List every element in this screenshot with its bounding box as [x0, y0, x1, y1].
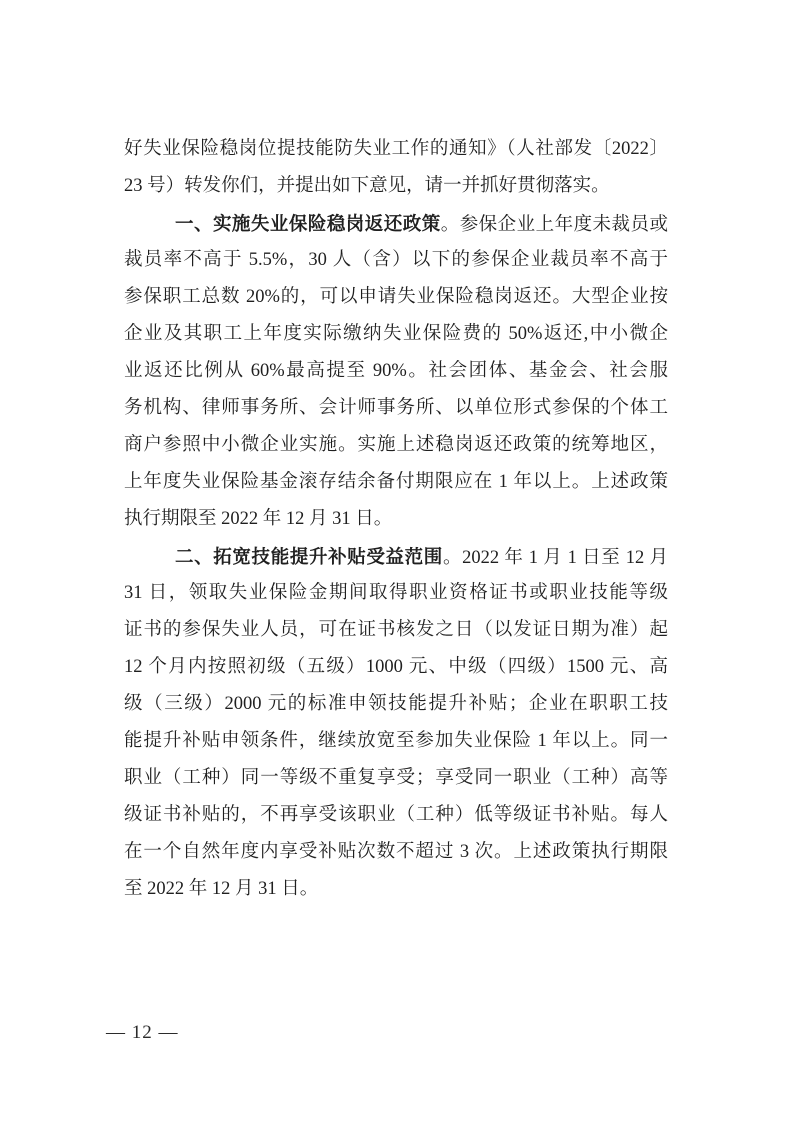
line-text: 裁员率不高于 5.5%，30 人（含）以下的参保企业裁员率不高于: [124, 250, 668, 270]
line-text: 商户参照中小微企业实施。实施上述稳岗返还政策的统筹地区，: [124, 435, 668, 455]
text-line: 执行期限至 2022 年 12 月 31 日。: [124, 501, 668, 538]
line-text: 企业及其职工上年度实际缴纳失业保险费的 50%返还,中小微企: [124, 324, 668, 344]
section-1-heading: 一、实施失业保险稳岗返还政策: [175, 213, 441, 234]
text-line: 裁员率不高于 5.5%，30 人（含）以下的参保企业裁员率不高于: [124, 242, 668, 279]
document-body: 好失业保险稳岗位提技能防失业工作的通知》（人社部发〔2022〕 23 号）转发你…: [124, 131, 668, 908]
text-line: 业返还比例从 60%最高提至 90%。社会团体、基金会、社会服: [124, 353, 668, 390]
line-text: 务机构、律师事务所、会计师事务所、以单位形式参保的个体工: [124, 398, 668, 418]
line-text: 职业（工种）同一等级不重复享受；享受同一职业（工种）高等: [124, 768, 668, 788]
text-line: 至 2022 年 12 月 31 日。: [124, 871, 668, 908]
text-line: 级（三级）2000 元的标准申领技能提升补贴；企业在职职工技: [124, 686, 668, 723]
line-text: 参保职工总数 20%的，可以申请失业保险稳岗返还。大型企业按: [124, 287, 668, 307]
line-text: 业返还比例从 60%最高提至 90%。社会团体、基金会、社会服: [124, 361, 668, 381]
text-line: 12 个月内按照初级（五级）1000 元、中级（四级）1500 元、高: [124, 649, 668, 686]
text-line: 23 号）转发你们，并提出如下意见，请一并抓好贯彻落实。: [124, 168, 668, 205]
line-text: 在一个自然年度内享受补贴次数不超过 3 次。上述政策执行期限: [124, 842, 668, 862]
text-line: 31 日，领取失业保险金期间取得职业资格证书或职业技能等级: [124, 575, 668, 612]
text-line-section-1-start: 一、实施失业保险稳岗返还政策。参保企业上年度未裁员或: [124, 205, 668, 242]
text-line: 职业（工种）同一等级不重复享受；享受同一职业（工种）高等: [124, 760, 668, 797]
text-line: 参保职工总数 20%的，可以申请失业保险稳岗返还。大型企业按: [124, 279, 668, 316]
text-line: 务机构、律师事务所、会计师事务所、以单位形式参保的个体工: [124, 390, 668, 427]
text-line-section-2-start: 二、拓宽技能提升补贴受益范围。2022 年 1 月 1 日至 12 月: [124, 538, 668, 575]
line-text: 证书的参保失业人员，可在证书核发之日（以发证日期为准）起: [124, 620, 668, 640]
page-footer: — 12 —: [106, 1014, 179, 1051]
text-line: 商户参照中小微企业实施。实施上述稳岗返还政策的统筹地区，: [124, 427, 668, 464]
line-text: 23 号）转发你们，并提出如下意见，请一并抓好贯彻落实。: [124, 176, 610, 196]
line-text: 。2022 年 1 月 1 日至 12 月: [443, 548, 668, 568]
line-text: 执行期限至 2022 年 12 月 31 日。: [124, 509, 392, 529]
line-text: 31 日，领取失业保险金期间取得职业资格证书或职业技能等级: [124, 583, 668, 603]
text-line: 企业及其职工上年度实际缴纳失业保险费的 50%返还,中小微企: [124, 316, 668, 353]
line-text: 能提升补贴申领条件，继续放宽至参加失业保险 1 年以上。同一: [124, 731, 668, 751]
line-text: 级（三级）2000 元的标准申领技能提升补贴；企业在职职工技: [124, 694, 668, 714]
text-line: 在一个自然年度内享受补贴次数不超过 3 次。上述政策执行期限: [124, 834, 668, 871]
text-line: 能提升补贴申领条件，继续放宽至参加失业保险 1 年以上。同一: [124, 723, 668, 760]
line-text: 级证书补贴的，不再享受该职业（工种）低等级证书补贴。每人: [124, 805, 668, 825]
line-text: 。参保企业上年度未裁员或: [441, 215, 668, 235]
page-number: — 12 —: [106, 1022, 179, 1043]
text-line: 好失业保险稳岗位提技能防失业工作的通知》（人社部发〔2022〕: [124, 131, 668, 168]
line-text: 好失业保险稳岗位提技能防失业工作的通知》（人社部发〔2022〕: [124, 139, 668, 159]
text-line: 上年度失业保险基金滚存结余备付期限应在 1 年以上。上述政策: [124, 464, 668, 501]
line-text: 至 2022 年 12 月 31 日。: [124, 879, 318, 899]
section-2-heading: 二、拓宽技能提升补贴受益范围: [175, 546, 443, 567]
text-line: 级证书补贴的，不再享受该职业（工种）低等级证书补贴。每人: [124, 797, 668, 834]
line-text: 上年度失业保险基金滚存结余备付期限应在 1 年以上。上述政策: [124, 472, 668, 492]
text-line: 证书的参保失业人员，可在证书核发之日（以发证日期为准）起: [124, 612, 668, 649]
line-text: 12 个月内按照初级（五级）1000 元、中级（四级）1500 元、高: [124, 657, 668, 677]
